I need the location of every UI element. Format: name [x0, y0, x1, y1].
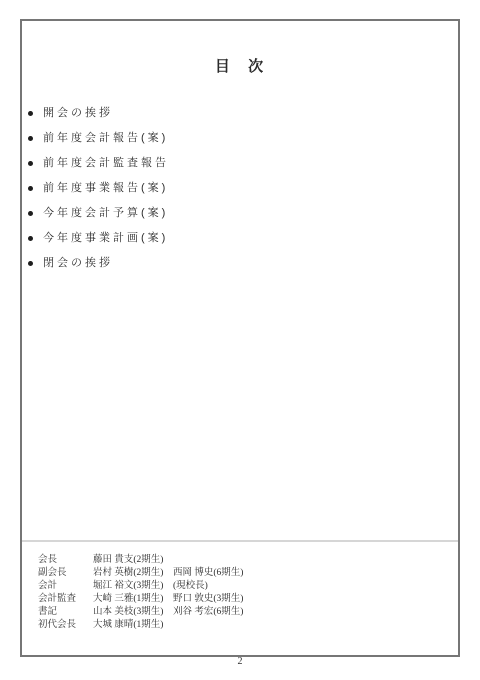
toc-item-label: 閉会の挨拶	[43, 251, 113, 276]
toc-item: 今年度会計予算(案)	[28, 201, 169, 226]
officer-row: 会計監査 大崎 三雅(1期生) 野口 敦史(3期生)	[38, 593, 243, 606]
officer-row: 副会長 岩村 英樹(2期生) 西岡 博史(6期生)	[38, 567, 243, 580]
officers-separator-line	[22, 540, 458, 542]
officer-role: 会長	[38, 554, 93, 567]
officer-role: 副会長	[38, 567, 93, 580]
toc-item-label: 前年度事業報告(案)	[43, 176, 168, 201]
officer-name: 刈谷 考宏(6期生)	[173, 606, 243, 619]
officer-name: 山本 美枝(3期生)	[93, 606, 173, 619]
officer-role: 書記	[38, 606, 93, 619]
officer-name: 西岡 博史(6期生)	[173, 567, 243, 580]
table-of-contents: 開会の挨拶 前年度会計報告(案) 前年度会計監査報告 前年度事業報告(案) 今年…	[28, 101, 169, 276]
toc-item: 今年度事業計画(案)	[28, 226, 169, 251]
officer-name: 岩村 英樹(2期生)	[93, 567, 173, 580]
toc-item-label: 今年度会計予算(案)	[43, 201, 168, 226]
officer-name: 藤田 貴支(2期生)	[93, 554, 173, 567]
officer-name: (現校長)	[173, 580, 208, 593]
toc-item: 前年度事業報告(案)	[28, 176, 169, 201]
bullet-icon	[28, 161, 33, 166]
officer-name: 大城 康晴(1期生)	[93, 619, 173, 632]
toc-item-label: 開会の挨拶	[43, 101, 113, 126]
page-title: 目 次	[0, 55, 480, 76]
bullet-icon	[28, 136, 33, 141]
officer-row: 会計 堀江 裕文(3期生) (現校長)	[38, 580, 243, 593]
bullet-icon	[28, 211, 33, 216]
toc-item: 閉会の挨拶	[28, 251, 169, 276]
toc-item: 前年度会計報告(案)	[28, 126, 169, 151]
toc-item: 開会の挨拶	[28, 101, 169, 126]
officer-row: 初代会長 大城 康晴(1期生)	[38, 619, 243, 632]
bullet-icon	[28, 111, 33, 116]
officer-role: 初代会長	[38, 619, 93, 632]
officer-role: 会計監査	[38, 593, 93, 606]
document-page: 目 次 開会の挨拶 前年度会計報告(案) 前年度会計監査報告 前年度事業報告(案…	[0, 0, 480, 680]
bullet-icon	[28, 186, 33, 191]
officer-row: 会長 藤田 貴支(2期生)	[38, 554, 243, 567]
officer-name: 野口 敦史(3期生)	[173, 593, 243, 606]
toc-item-label: 前年度会計報告(案)	[43, 126, 168, 151]
toc-item-label: 今年度事業計画(案)	[43, 226, 168, 251]
officer-role: 会計	[38, 580, 93, 593]
toc-item: 前年度会計監査報告	[28, 151, 169, 176]
officers-list: 会長 藤田 貴支(2期生) 副会長 岩村 英樹(2期生) 西岡 博史(6期生) …	[38, 554, 243, 632]
officer-name: 大崎 三雅(1期生)	[93, 593, 173, 606]
officer-name: 堀江 裕文(3期生)	[93, 580, 173, 593]
bullet-icon	[28, 261, 33, 266]
toc-item-label: 前年度会計監査報告	[43, 151, 169, 176]
bullet-icon	[28, 236, 33, 241]
officer-row: 書記 山本 美枝(3期生) 刈谷 考宏(6期生)	[38, 606, 243, 619]
page-number: 2	[0, 656, 480, 667]
